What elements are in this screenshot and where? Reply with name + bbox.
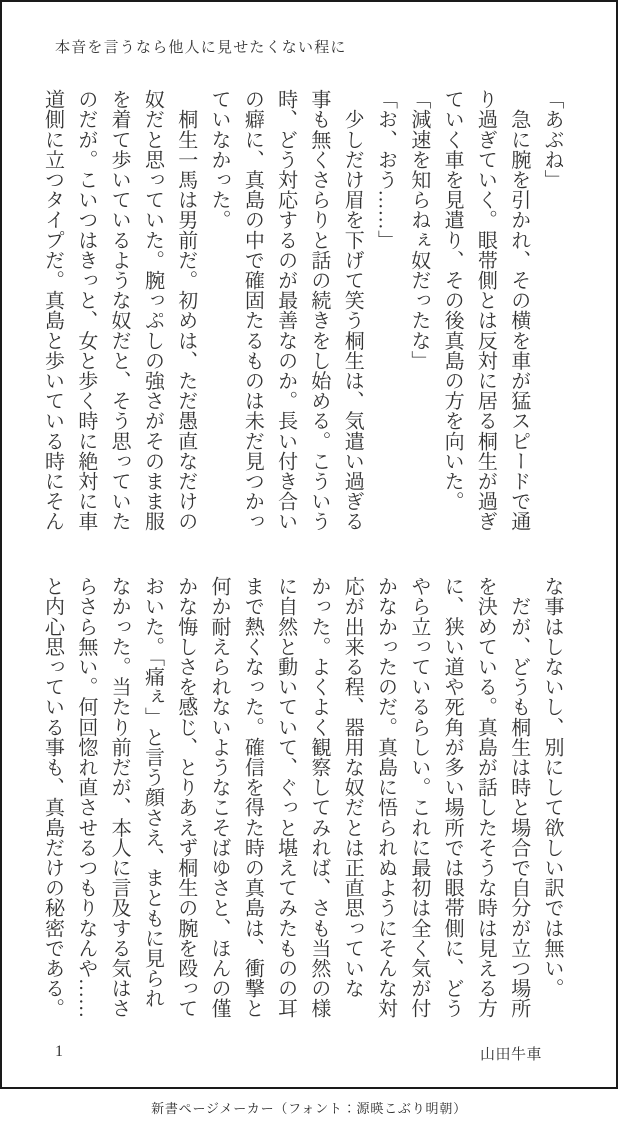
generator-caption: 新書ページメーカー（フォント：源暎こぶり明朝）: [0, 1098, 618, 1117]
text-line: に自然と動いていて、ぐっと堪えてみたものの耳: [268, 576, 301, 1022]
text-line: 何か耐えられないようなこそばゆさと、ほんの僅: [202, 576, 235, 1022]
text-line: ていく車を見遣り、その後真島の方を向いた。: [435, 89, 468, 535]
text-line: を着て歩いているような奴だと、そう思っていた: [102, 89, 135, 535]
text-line: やら立っているらしい。これに最初は全く気が付: [402, 576, 435, 1022]
text-line: の癖に、真島の中で確固たるものは未だ見つかっ: [235, 89, 268, 535]
page-number: 1: [55, 1043, 63, 1061]
text-line: り過ぎていく。眼帯側とは反対に居る桐生が過ぎ: [468, 89, 501, 535]
text-line: 「減速を知らねぇ奴だったな」: [402, 89, 435, 535]
text-line: かな悔しさを感じ、とりあえず桐生の腕を殴って: [168, 576, 201, 1022]
text-line: 少しだけ眉を下げて笑う桐生は、気遣い過ぎる: [335, 89, 368, 535]
text-line: と内心思っている事も、真島だけの秘密である。: [35, 576, 68, 1022]
text-line: 奴だと思っていた。腕っぷしの強さがそのまま服: [135, 89, 168, 535]
book-page: 本音を言うなら他人に見せたくない程に 「あぶね」 急に腕を引かれ、その横を車が猛…: [0, 0, 618, 1089]
text-line: 事も無くさらりと話の続きをし始める。こういう: [302, 89, 335, 535]
text-line: ていなかった。: [202, 89, 235, 535]
text-line: だが、どうも桐生は時と場合で自分が立つ場所: [501, 576, 534, 1022]
text-line: かった。よくよく観察してみれば、さも当然の様: [302, 576, 335, 1022]
text-line: まで熱くなった。確信を得た時の真島は、衝撃と: [235, 576, 268, 1022]
text-line: 「お、おう……」: [368, 89, 401, 535]
text-line: 応が出来る程、器用な奴だとは正直思っていな: [335, 576, 368, 1022]
text-line: らさら無い。何回惚れ直させるつもりなんや……: [69, 576, 102, 1022]
text-line: を決めている。真島が話したそうな時は見える方: [468, 576, 501, 1022]
text-line: 時、どう対応するのが最善なのか。長い付き合い: [268, 89, 301, 535]
text-line: のだが。こいつはきっと、女と歩く時に絶対に車: [69, 89, 102, 535]
text-line: 道側に立つタイプだ。真島と歩いている時にそん: [35, 89, 68, 535]
page-header-title: 本音を言うなら他人に見せたくない程に: [55, 36, 347, 57]
text-block-top: 「あぶね」 急に腕を引かれ、その横を車が猛スピードで通 り過ぎていく。眼帯側とは…: [35, 89, 568, 535]
text-line: かなかったのだ。真島に悟られぬようにそんな対: [368, 576, 401, 1022]
text-line: 桐生一馬は男前だ。初めは、ただ愚直なだけの: [168, 89, 201, 535]
text-line: 「あぶね」: [535, 89, 568, 535]
novel-page-screenshot: { "page": { "header_title": "本音を言うなら他人に見…: [0, 0, 618, 1132]
text-block-bottom: な事はしないし、別にして欲しい訳では無い。 だが、どうも桐生は時と場合で自分が立…: [35, 576, 568, 1022]
text-line: なかった。当たり前だが、本人に言及する気はさ: [102, 576, 135, 1022]
text-line: おいた。「痛ぇ」と言う顔さえ、まともに見られ: [135, 576, 168, 1022]
text-line: 急に腕を引かれ、その横を車が猛スピードで通: [501, 89, 534, 535]
text-line: に、狭い道や死角が多い場所では眼帯側に、どう: [435, 576, 468, 1022]
text-line: な事はしないし、別にして欲しい訳では無い。: [535, 576, 568, 1022]
author-name: 山田牛車: [480, 1043, 542, 1064]
